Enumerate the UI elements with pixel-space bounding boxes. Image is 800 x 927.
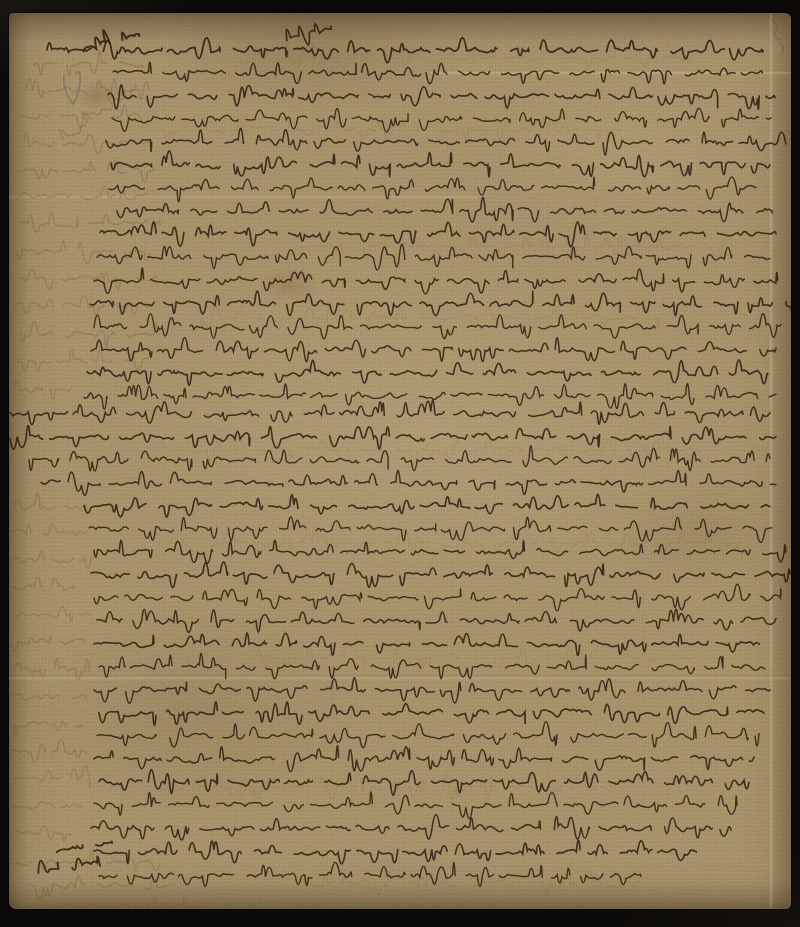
paper-grain-texture xyxy=(9,13,791,909)
scan-frame xyxy=(0,0,800,927)
manuscript-page xyxy=(9,13,791,909)
